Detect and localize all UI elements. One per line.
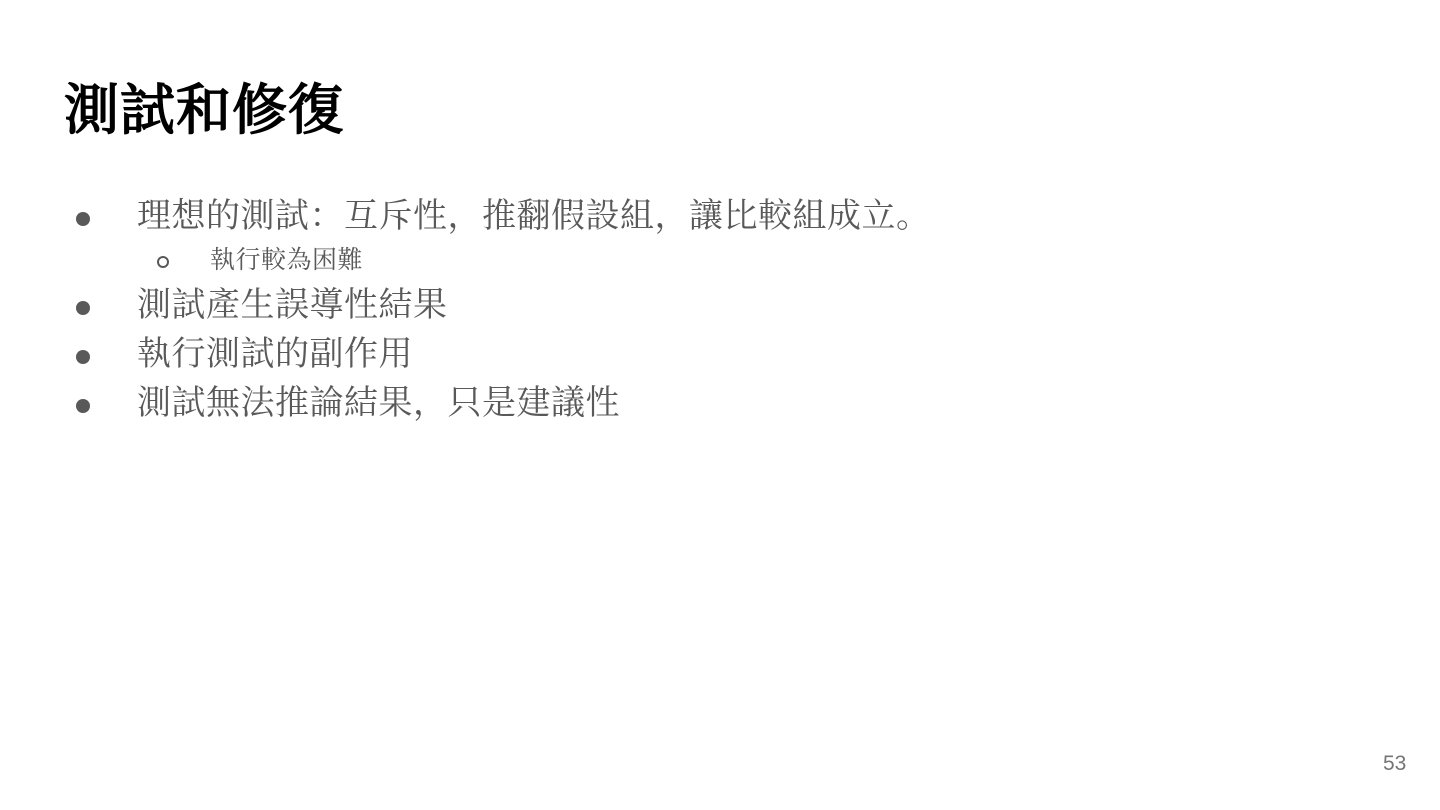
bullet-marker-icon bbox=[76, 301, 90, 315]
bullet-item: 理想的測試：互斥性，推翻假設組，讓比較組成立。 bbox=[0, 196, 1440, 237]
bullet-item: 測試無法推論結果，只是建議性 bbox=[0, 383, 1440, 424]
sub-bullet-text: 執行較為困難 bbox=[210, 245, 1440, 275]
bullet-text: 理想的測試：互斥性，推翻假設組，讓比較組成立。 bbox=[137, 196, 1440, 237]
page-number: 53 bbox=[1383, 751, 1406, 776]
bullet-text: 測試無法推論結果，只是建議性 bbox=[137, 383, 1440, 424]
bullet-item: 執行測試的副作用 bbox=[0, 334, 1440, 375]
bullet-text: 執行測試的副作用 bbox=[137, 334, 1440, 375]
sub-bullet-item: 執行較為困難 bbox=[0, 245, 1440, 275]
slide-canvas: 測試和修復 理想的測試：互斥性，推翻假設組，讓比較組成立。 執行較為困難 測試產… bbox=[0, 0, 1440, 810]
bullet-item: 測試產生誤導性結果 bbox=[0, 285, 1440, 326]
bullet-marker-icon bbox=[76, 399, 90, 413]
bullet-text: 測試產生誤導性結果 bbox=[137, 285, 1440, 326]
bullet-marker-icon bbox=[76, 350, 90, 364]
bullet-list: 理想的測試：互斥性，推翻假設組，讓比較組成立。 執行較為困難 測試產生誤導性結果… bbox=[0, 0, 1440, 810]
bullet-marker-icon bbox=[76, 212, 90, 226]
sub-bullet-marker-icon bbox=[157, 256, 169, 268]
